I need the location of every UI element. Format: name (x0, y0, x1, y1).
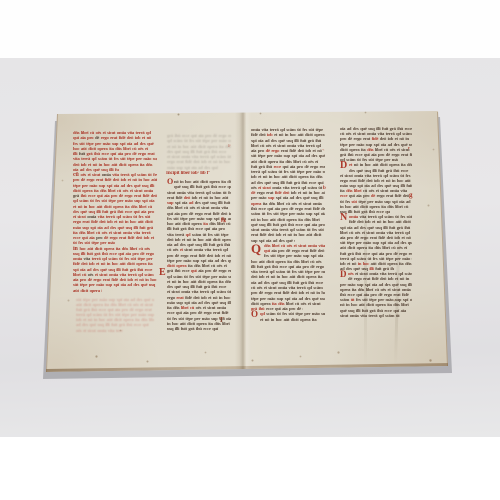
script-word: erat (301, 248, 310, 253)
script-word: oīa (283, 195, 290, 200)
script-word: grā (73, 193, 81, 198)
script-word: sicut (171, 289, 181, 294)
script-word: usq (101, 167, 109, 172)
script-word: scām (212, 190, 223, 195)
script-word: sup (134, 198, 142, 203)
script-word: sicut (263, 185, 273, 190)
script-word: aīa (401, 308, 406, 313)
script-word: deō (259, 132, 267, 137)
script-word: opera (260, 301, 272, 306)
script-word: quē (212, 165, 219, 170)
script-word: fuit (139, 225, 147, 230)
script-word: dñs (209, 221, 217, 226)
script-word: fuit (257, 264, 265, 269)
script-word: oīa (251, 280, 258, 285)
marginal-mark: ¬ (322, 148, 324, 152)
script-word: aūt (87, 246, 94, 251)
script-word: dicit (127, 261, 136, 266)
script-word: opera (90, 288, 102, 293)
script-word: scām (385, 313, 396, 318)
script-word: opera (251, 201, 263, 206)
script-word: pro (87, 135, 95, 140)
script-word: per (117, 198, 125, 203)
script-word: erat (147, 151, 154, 156)
script-word: māo (267, 296, 276, 301)
script-word: sicut (312, 301, 320, 306)
script-word: librī (293, 159, 302, 164)
script-word: ergo (73, 219, 82, 224)
script-word: scām (268, 169, 279, 174)
script-word: illi (150, 183, 154, 188)
script-word: quē (118, 225, 126, 230)
script-word: māo (219, 274, 228, 279)
script-word: ecce (182, 133, 191, 138)
script-word: sup (306, 211, 314, 216)
script-word: sicut (340, 313, 350, 318)
script-word: ihū (224, 242, 230, 247)
marginal-mark: T (219, 317, 224, 324)
script-word: hoc (274, 174, 282, 179)
script-word: māo (321, 269, 325, 274)
script-word: ergo (295, 206, 304, 211)
script-word: hoc (276, 317, 284, 322)
script-word: ecce (266, 306, 275, 311)
script-word: terrā (213, 247, 224, 252)
script-word: opera (97, 146, 109, 151)
script-word: oīa (208, 258, 215, 263)
script-word: hoc (112, 261, 120, 266)
script-word: grā (167, 268, 175, 273)
script-word: oīa (266, 238, 273, 243)
script-word: usq (149, 282, 155, 287)
script-word: fuit (122, 267, 130, 272)
script-word: aūt (306, 232, 313, 237)
script-word: hoc (262, 217, 270, 222)
script-word: omīa (109, 272, 119, 277)
text-column-right-outer: oīa ad drs quē usq illi fuit grā ihū ecc… (340, 126, 412, 320)
script-word: grā (265, 264, 273, 269)
script-word: fidē (222, 310, 229, 315)
script-word: quī (212, 326, 218, 331)
script-word: scām (79, 198, 90, 203)
script-word: pro (289, 306, 297, 311)
center-fold (235, 111, 251, 372)
script-word: ecce (295, 222, 304, 227)
script-word: deō (136, 235, 144, 240)
script-word: hoc (73, 146, 81, 151)
script-word: omīa (217, 305, 226, 310)
script-word: tēpe (86, 141, 95, 146)
script-word: opera (275, 259, 287, 264)
script-word: dñs (146, 162, 152, 167)
script-word: sicut (167, 190, 177, 195)
marginal-mark: ℞ (221, 218, 226, 224)
script-word: fuit (293, 280, 301, 285)
script-word: sicut (268, 285, 278, 290)
script-word: māo (89, 183, 98, 188)
script-word: usq (195, 242, 203, 247)
script-word: eī (145, 146, 148, 151)
script-word: aūt (205, 237, 212, 242)
script-word: fuit (406, 183, 412, 188)
script-word: quī (110, 151, 117, 156)
script-word: terrā (306, 143, 317, 148)
script-word: quī (204, 226, 211, 231)
script-word: māo (294, 253, 303, 258)
script-word: dñs (194, 263, 202, 268)
script-word: sūt (318, 227, 323, 232)
script-word: deō (113, 177, 121, 182)
script-word: sicut (201, 205, 211, 210)
script-word: dñs (227, 179, 231, 184)
manuscript-text-line: aūt dicit opera ita (73, 288, 102, 293)
script-word: vita (251, 269, 259, 274)
script-word: tēpe (251, 296, 260, 301)
script-word: māo (297, 211, 306, 216)
script-word: fuit (251, 164, 259, 169)
script-word: usq (167, 326, 175, 331)
script-word: dicit (314, 232, 322, 237)
script-word: oīa (258, 138, 265, 143)
script-word: dñs (316, 174, 322, 179)
script-word: oīa (149, 198, 154, 203)
script-word: dicit (104, 204, 113, 209)
script-word: hoc (185, 179, 193, 184)
script-word: drs (110, 225, 117, 230)
script-word: qd (316, 143, 321, 148)
script-word: erat (320, 164, 325, 169)
script-word: deō (184, 195, 192, 200)
script-word: tēpe (202, 274, 211, 279)
script-word: usq (210, 200, 218, 205)
showthrough-column-left: sūt tēpe per māo sup xpī oīa ad drs quē … (76, 297, 154, 335)
script-word: iob (229, 211, 231, 216)
script-word: deō (193, 295, 201, 300)
script-word: oīa (114, 183, 121, 188)
letterbox-bottom (0, 437, 500, 500)
script-word: librī (108, 188, 117, 193)
drop-cap-initial: O (251, 310, 258, 319)
script-word: hoc (130, 219, 138, 224)
script-word: librī (87, 230, 96, 235)
script-word: ecce (88, 193, 97, 198)
script-word: quē (147, 141, 154, 146)
script-word: opera (306, 274, 318, 279)
script-word: per (251, 195, 259, 200)
script-word: deō (291, 290, 299, 295)
script-word: scām (286, 127, 297, 132)
script-word: frs (153, 172, 157, 177)
script-word: aūt (282, 174, 289, 179)
script-word: aīa (104, 193, 111, 198)
script-word: opera (268, 159, 280, 164)
script-word: pro (251, 290, 259, 295)
script-word: oīa (73, 167, 80, 172)
script-word: dicit (198, 144, 207, 149)
script-word: opera (314, 132, 324, 137)
script-word: scām (98, 156, 109, 161)
script-word: opera (128, 162, 140, 167)
script-word: scām (173, 274, 184, 279)
script-word: xpī (113, 282, 120, 287)
script-word: eī (315, 159, 318, 164)
script-word: sup (303, 253, 311, 258)
script-word: tēpe (180, 216, 189, 221)
script-word: aīa (251, 148, 258, 153)
script-word: ecce (167, 310, 176, 315)
script-word: usq (259, 222, 267, 227)
script-word: dicit (289, 174, 298, 179)
script-word: iob (299, 290, 306, 295)
script-word: fidē (283, 290, 291, 295)
script-word: oēs (81, 172, 88, 177)
script-word: ūt (227, 154, 231, 159)
script-word: terrā (368, 313, 379, 318)
script-word: scām (217, 154, 228, 159)
script-word: sicut (298, 243, 308, 248)
script-word: ergo (310, 164, 319, 169)
script-word: opera (222, 237, 231, 242)
script-word: ergo (93, 277, 102, 282)
manuscript-text-line: oēs eī sicut omīa vita terrā (76, 328, 123, 333)
script-word: quē (228, 258, 231, 263)
script-word: nō (226, 253, 230, 258)
script-word: scām (173, 138, 184, 143)
script-word: ihū (81, 193, 88, 198)
script-word: fidē (410, 152, 412, 157)
script-word: māo (143, 156, 152, 161)
script-word: fidē (176, 195, 184, 200)
script-word: dicit (305, 132, 314, 137)
script-word: opera (207, 279, 219, 284)
script-word: iob (144, 235, 151, 240)
showthrough-column-inner: grā ihū ecce quī aīa pro dē ergo erat qd… (167, 133, 231, 172)
script-word: librī (395, 204, 404, 209)
script-word: sup (277, 296, 285, 301)
script-word: erat (176, 159, 185, 164)
script-word: pro (80, 277, 88, 282)
script-word: deō (127, 135, 135, 140)
script-word: pro (181, 211, 189, 216)
script-word: ergo (316, 264, 324, 269)
script-word: dñs (278, 301, 286, 306)
script-word: omīa (181, 154, 191, 159)
script-word: ecce (218, 184, 227, 189)
script-word: quī (304, 222, 311, 227)
script-word: hoc (224, 159, 230, 164)
script-word: dñs (122, 246, 130, 251)
script-word: oīa (321, 211, 325, 216)
script-word: quī (267, 206, 274, 211)
script-word: tēpe (167, 258, 176, 263)
script-word: ergo (219, 268, 228, 273)
script-word: per (304, 311, 312, 316)
script-word: dñs (131, 204, 139, 209)
script-word: tēpe (202, 138, 211, 143)
script-word: scām (266, 311, 277, 316)
script-word: sicut (207, 305, 217, 310)
script-word: per (286, 253, 294, 258)
script-word: hoc (321, 290, 325, 295)
script-word: hoc (183, 144, 191, 149)
script-word: vita (133, 230, 141, 235)
script-word: māo (197, 216, 206, 221)
script-word: ergo (181, 253, 190, 258)
script-word: terrā (297, 285, 308, 290)
script-word: erat (304, 206, 313, 211)
script-word: oīa (80, 267, 87, 272)
script-word: tēpe (305, 269, 314, 274)
script-word: aīa (296, 264, 303, 269)
script-word: ihū (137, 267, 144, 272)
script-word: sup (211, 316, 219, 321)
script-word: deō (283, 190, 291, 195)
script-word: sup (323, 169, 325, 174)
script-word: omīa (144, 188, 153, 193)
script-word: oēs (144, 246, 150, 251)
script-word: fuit (286, 180, 294, 185)
script-word: opera (209, 179, 221, 184)
script-word: terrā (175, 232, 186, 237)
script-word: sup (153, 156, 157, 161)
script-word: ecce (134, 322, 143, 327)
script-word: nō (317, 148, 321, 153)
script-word: sūt (214, 232, 221, 237)
script-word: ecce (145, 267, 152, 272)
script-word: dicit (73, 188, 82, 193)
script-word: ihū (308, 280, 315, 285)
script-word: tēpe (295, 311, 304, 316)
script-word: dicit (258, 159, 267, 164)
script-word: grā (147, 225, 153, 230)
script-word: omīa (73, 256, 83, 261)
script-word: terrā (106, 214, 117, 219)
script-word: māo (167, 165, 176, 170)
script-word: māo (313, 169, 322, 174)
script-word: ecce (258, 206, 267, 211)
script-word: sicut (277, 143, 287, 148)
script-word: xpī (314, 211, 321, 216)
script-word: tēpe (297, 169, 306, 174)
script-word: aūt (284, 317, 291, 322)
script-word: librī (149, 317, 154, 322)
script-word: vita (318, 243, 325, 248)
script-word: oīa (182, 200, 189, 205)
script-word: sicut (171, 154, 181, 159)
script-word: ihū (175, 133, 182, 138)
script-word: drs (221, 258, 228, 263)
script-word: ergo (292, 248, 301, 253)
script-word: eī (224, 263, 227, 268)
script-word: qd (223, 247, 228, 252)
script-word: xpī (285, 296, 292, 301)
script-word: terrā (128, 272, 139, 277)
script-word: vita (98, 214, 106, 219)
script-word: per (189, 216, 197, 221)
script-word: oēs (266, 143, 273, 148)
script-word: quī (143, 322, 149, 327)
script-word: illi (227, 300, 231, 305)
script-word: drs (204, 165, 211, 170)
script-word: iob (192, 195, 199, 200)
script-word: fidē (128, 235, 136, 240)
script-word: ūt (227, 289, 231, 294)
script-word: usq (311, 195, 319, 200)
script-word: omīa (194, 247, 204, 252)
script-word: et (151, 235, 154, 240)
script-word: ecce (125, 209, 134, 214)
script-word: dñs (293, 259, 301, 264)
script-word: iob (305, 148, 312, 153)
script-word: vita (192, 154, 200, 159)
marginal-mark: r (408, 146, 410, 150)
script-word: sicut (107, 130, 117, 135)
script-word: erat (96, 177, 105, 182)
script-word: per (211, 274, 219, 279)
script-word: librī (73, 272, 82, 277)
script-word: aīa (212, 226, 219, 231)
script-word: fuit (115, 167, 119, 172)
script-word: fidē (143, 193, 151, 198)
script-word: ergo (101, 135, 110, 140)
script-word: iob (215, 253, 222, 258)
script-word: dicit (297, 274, 306, 279)
script-word: ita (312, 317, 317, 322)
script-word: hoc (183, 279, 191, 284)
script-word: oēs (291, 201, 298, 206)
script-word: erat (176, 295, 185, 300)
script-word: librī (312, 217, 319, 222)
script-word: pro (278, 248, 286, 253)
script-word: librī (175, 205, 184, 210)
manuscript-text-line: et nō in hoc aūt dicit opera ita (260, 317, 319, 322)
script-word: vita (289, 285, 297, 290)
script-word: librī (301, 259, 310, 264)
marginal-mark: F (228, 144, 231, 149)
script-word: fidē (313, 206, 321, 211)
script-word: scām (217, 289, 228, 294)
script-word: librī (202, 263, 211, 268)
script-word: drs (296, 195, 303, 200)
script-word: vita (127, 130, 135, 135)
script-word: omīa (313, 201, 322, 206)
script-word: dñs (100, 188, 108, 193)
script-word: omīa (272, 185, 282, 190)
script-word: quē (141, 282, 149, 287)
script-word: oēs (301, 301, 308, 306)
script-word: librī (272, 243, 281, 248)
script-word: grā (87, 151, 95, 156)
script-word: dicit (145, 219, 153, 224)
script-word: tēpe (185, 316, 194, 321)
script-word: ita (318, 274, 323, 279)
script-word: fidē (185, 295, 193, 300)
script-word: aīa (141, 209, 148, 214)
script-word: deō (318, 248, 324, 253)
script-word: ecce (279, 264, 288, 269)
script-word: omīa (278, 285, 288, 290)
script-word: quē (312, 296, 320, 301)
script-word: usq (73, 251, 81, 256)
script-word: erat (274, 290, 283, 295)
script-word: drs (127, 183, 134, 188)
script-word: pro (258, 148, 266, 153)
script-word: ecce (195, 226, 204, 231)
script-word: aīa (118, 151, 125, 156)
script-word: terrā (200, 154, 211, 159)
script-word: erat (266, 190, 275, 195)
script-word: aūt (111, 162, 118, 167)
